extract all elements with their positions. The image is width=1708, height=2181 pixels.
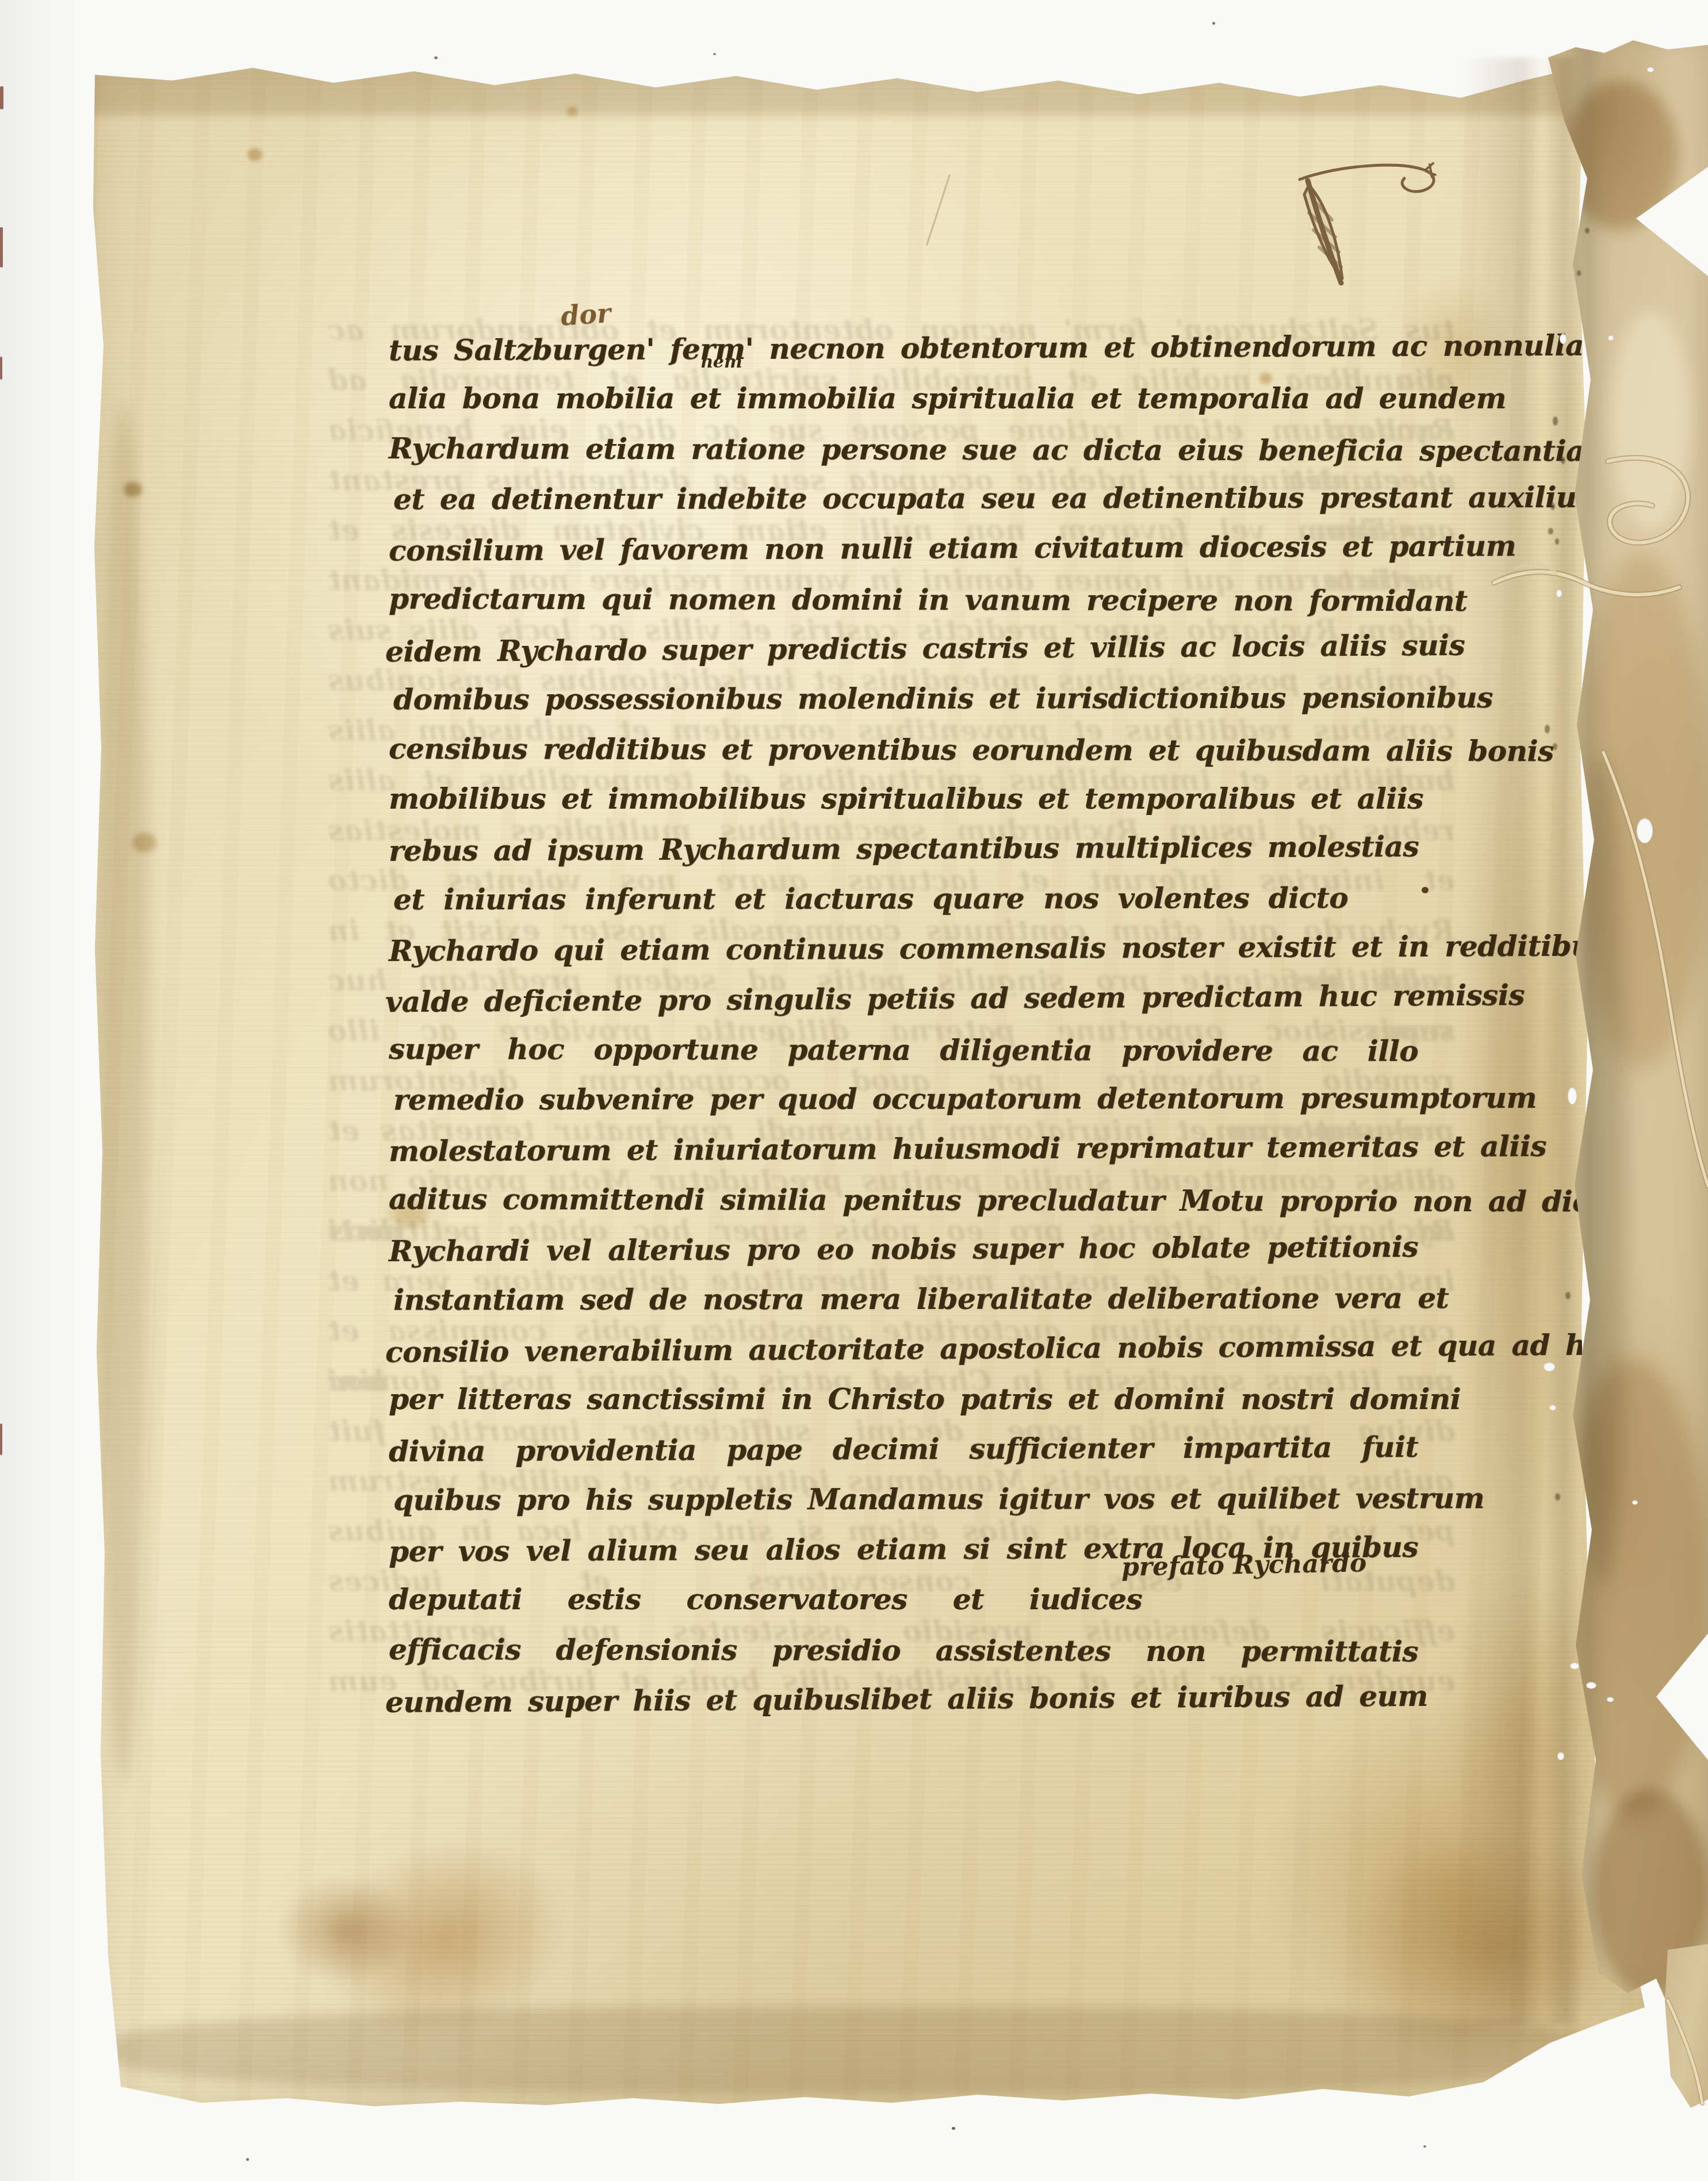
manuscript-line: censibus redditibus et proventibus eorun… bbox=[389, 724, 1418, 776]
manuscript-line: eundem super hiis et quibuslibet aliis b… bbox=[385, 1671, 1335, 1727]
manuscript-line: rebus ad ipsum Rychardum spectantibus mu… bbox=[389, 821, 1418, 876]
gutter-shading bbox=[1461, 58, 1581, 2025]
manuscript-line: eidem Rychardo super predictis castris e… bbox=[385, 621, 1415, 677]
manuscript-line: remedio subvenire per quod occupatorum d… bbox=[393, 1073, 1423, 1124]
tear-hole bbox=[1570, 1662, 1579, 1669]
interlinear-insertion: prefato Rychardo bbox=[1121, 1548, 1367, 1582]
manuscript-line: quibus pro his suppletis Mandamus igitur… bbox=[393, 1473, 1423, 1525]
sewing-hole bbox=[1560, 334, 1567, 344]
sewing-hole bbox=[1608, 335, 1614, 340]
dust-speck bbox=[1212, 22, 1215, 25]
manuscript-page: tus Saltzburgen' ferm' necnon obtentorum… bbox=[86, 58, 1650, 2111]
scan-edge-mark bbox=[0, 227, 3, 267]
tear-hole bbox=[1647, 67, 1654, 72]
sewing-slit bbox=[1553, 743, 1557, 750]
manuscript-line: efficacis defensionis presidio assistent… bbox=[389, 1624, 1418, 1677]
manuscript-line: consilium vel favorem non nulli etiam ci… bbox=[389, 521, 1418, 576]
manuscript-line: domibus possessionibus molendinis et iur… bbox=[393, 672, 1423, 724]
sewing-slit bbox=[1555, 538, 1559, 545]
dust-speck bbox=[246, 2158, 249, 2161]
tear-hole bbox=[1637, 818, 1653, 843]
manuscript-line: valde deficiente pro singulis petiis ad … bbox=[385, 971, 1415, 1027]
dust-speck bbox=[713, 53, 716, 55]
scan-edge-mark bbox=[0, 86, 3, 109]
scan-edge-mark bbox=[0, 357, 2, 380]
manuscript-line: alia bona mobilia et immobilia spiritual… bbox=[389, 373, 1418, 423]
dust-speck bbox=[952, 2127, 955, 2130]
sewing-hole bbox=[1632, 1500, 1638, 1505]
sewing-slit bbox=[1555, 1493, 1560, 1501]
manuscript-line: divina providentia pape decimi sufficien… bbox=[389, 1422, 1418, 1476]
manuscript-line: tus Saltzburgen' ferm' necnon obtentorum… bbox=[389, 321, 1392, 376]
manuscript-line: per litteras sanctissimi in Christo patr… bbox=[389, 1374, 1418, 1424]
dust-speck bbox=[1423, 2145, 1426, 2148]
tear-hole bbox=[1549, 1405, 1556, 1410]
sewing-slit bbox=[1550, 503, 1555, 510]
sewing-slit bbox=[1548, 528, 1553, 534]
manuscript-line: et iniurias inferunt et iacturas quare n… bbox=[393, 873, 1348, 925]
manuscript-line: Rychardo qui etiam continuus commensalis… bbox=[389, 921, 1418, 976]
sewing-hole bbox=[1557, 1752, 1564, 1760]
scan-edge-mark bbox=[0, 1424, 2, 1455]
dust-speck bbox=[434, 56, 438, 59]
sewing-slit bbox=[1561, 457, 1565, 464]
manuscript-line: molestatorum et iniuriatorum huiusmodi r… bbox=[389, 1122, 1418, 1176]
tear-hole bbox=[1607, 1697, 1614, 1702]
sewing-slit bbox=[1577, 270, 1581, 276]
header-note: dor bbox=[560, 297, 612, 332]
manuscript-line: deputati estis conservatores et iudices bbox=[389, 1574, 1142, 1624]
manuscript-line: Rychardi vel alterius pro eo nobis super… bbox=[389, 1222, 1418, 1276]
worn-patch bbox=[1610, 311, 1691, 529]
tear-hole bbox=[1568, 1087, 1577, 1104]
sewing-hole bbox=[1556, 589, 1562, 597]
manuscript-line: et ea detinentur indebite occupata seu e… bbox=[393, 472, 1423, 524]
sewing-slit bbox=[1545, 725, 1550, 733]
manuscript-line: Rychardum etiam ratione persone sue ac d… bbox=[389, 423, 1418, 476]
sewing-slit bbox=[1565, 1292, 1571, 1299]
sewing-slit bbox=[1585, 228, 1590, 234]
pennant-doodle-icon bbox=[1288, 155, 1461, 293]
scanner-background: tus Saltzburgen' ferm' necnon obtentorum… bbox=[0, 0, 1708, 2181]
manuscript-line: mobilibus et immobilibus spiritualibus e… bbox=[389, 774, 1418, 824]
manuscript-line: instantiam sed de nostra mera liberalita… bbox=[393, 1273, 1423, 1325]
tear-hole bbox=[1544, 1362, 1555, 1371]
interlinear-note: nem bbox=[700, 352, 742, 372]
manuscript-text-lines: tus Saltzburgen' ferm' necnon obtentorum… bbox=[389, 323, 1418, 1724]
manuscript-line: aditus committendi similia penitus precl… bbox=[389, 1174, 1418, 1226]
manuscript-line: consilio venerabilium auctoritate aposto… bbox=[385, 1321, 1415, 1378]
manuscript-line: super hoc opportune paterna diligentia p… bbox=[389, 1024, 1418, 1076]
tear-hole bbox=[1586, 1682, 1596, 1689]
sewing-slit bbox=[1553, 416, 1558, 426]
manuscript-line: predictarum qui nomen domini in vanum re… bbox=[389, 573, 1309, 625]
